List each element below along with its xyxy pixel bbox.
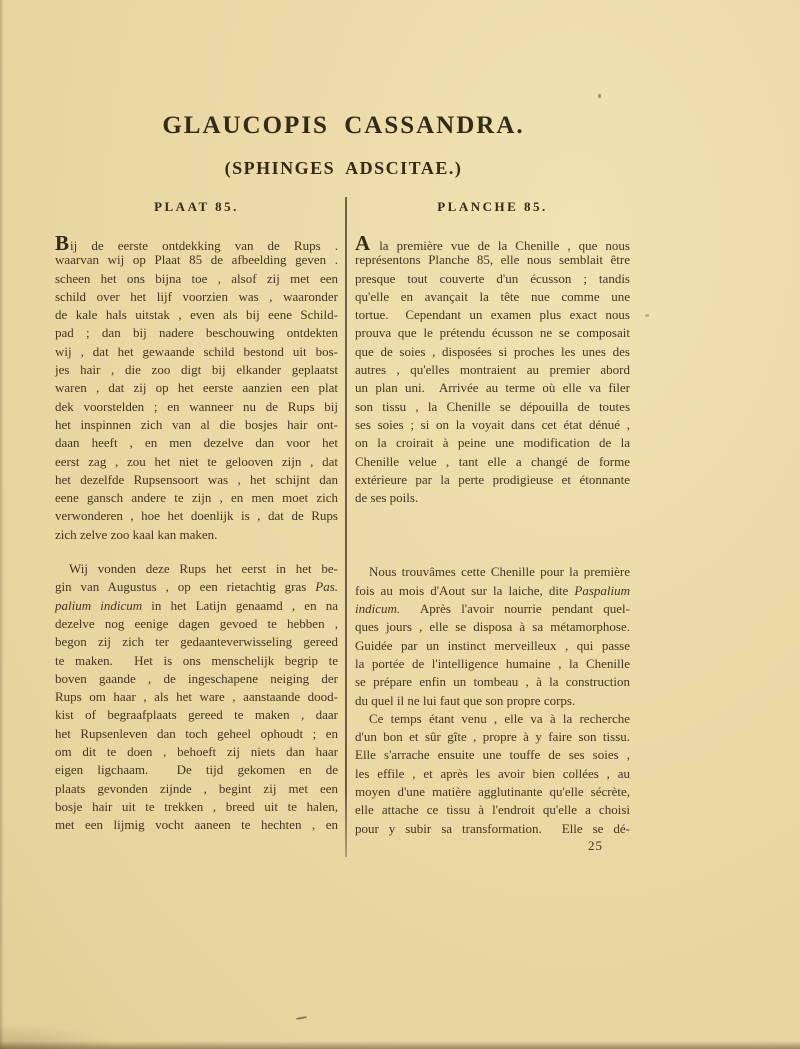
text-line: la portée de l'intelligence humaine , la… <box>355 655 630 673</box>
text-line: de kale hals uitstak , even als bij eene… <box>55 306 338 324</box>
text-segment: elle attache ce tissu à l'endroit qu'ell… <box>355 802 630 817</box>
column-right-french: PLANCHE 85. A la première vue de la Chen… <box>355 200 630 855</box>
text-line: met een lijmig vocht aaneen te hechten ,… <box>55 816 338 834</box>
text-segment: bosje hair uit te trekken , breed uit te… <box>55 799 338 814</box>
text-segment: autres , qu'elles montraient au premier … <box>355 362 630 377</box>
latin-species-name: indicum. <box>355 601 400 616</box>
text-line: waarvan wij op Plaat 85 de afbeelding ge… <box>55 251 338 269</box>
text-line: que de soies , disposées si proches les … <box>355 343 630 361</box>
text-segment: la portée de l'intelligence humaine , la… <box>355 656 630 671</box>
column-header-planche: PLANCHE 85. <box>355 200 630 214</box>
text-segment: pour y subir sa transformation. Elle se … <box>355 821 630 836</box>
text-line: elle attache ce tissu à l'endroit qu'ell… <box>355 801 630 819</box>
page-title: GLAUCOPIS CASSANDRA. <box>55 112 632 140</box>
text-line: gin van Augustus , op een rietachtig gra… <box>55 578 338 596</box>
text-line: qu'elle en avançait la tête nue comme un… <box>355 288 630 306</box>
text-line: fois au mois d'Aout sur la laiche, dite … <box>355 582 630 600</box>
text-line: autres , qu'elles montraient au premier … <box>355 361 630 379</box>
text-line: pad ; dan bij nadere beschouwing ontdekt… <box>55 324 338 342</box>
text-segment: kist of begraafplaats gereed te maken , … <box>55 707 338 722</box>
text-segment: eerst zag , zou het niet te gelooven zij… <box>55 454 338 469</box>
text-segment: boven gaande , de ingeschapene neiging d… <box>55 671 338 686</box>
text-line: Elle s'arrache ensuite une touffe de ses… <box>355 746 630 764</box>
text-line: extérieure par la perte prodigieuse et é… <box>355 471 630 489</box>
text-segment: in het Latijn genaamd , en na <box>142 598 338 613</box>
text-segment: het Rupsenleven dan toch geheel ophoudt … <box>55 726 338 741</box>
text-segment: prouva que le prétendu écusson ne se com… <box>355 325 630 340</box>
text-line: boven gaande , de ingeschapene neiging d… <box>55 670 338 688</box>
text-segment: waarvan wij op Plaat 85 de afbeelding ge… <box>55 252 338 267</box>
paper-edge-shadow-bottom <box>0 1041 800 1049</box>
text-segment: te maken. Het is ons menschelijk begrip … <box>55 653 338 668</box>
text-line: verwonderen , hoe het doenlijk is , dat … <box>55 507 338 525</box>
text-line: schild over het lijf voorzien was , waar… <box>55 288 338 306</box>
text-line: un plan uni. Arrivée au terme où elle va… <box>355 379 630 397</box>
text-segment: het inspinnen zich van al die bosjes hai… <box>55 417 338 432</box>
text-segment: wij , dat het gewaande schild bestond ui… <box>55 344 338 359</box>
paragraph-block: Nous trouvâmes cette Chenille pour la pr… <box>355 563 630 709</box>
text-line: du quel il ne lui faut que son propre co… <box>355 692 630 710</box>
text-line: dek voorstelden ; en wanneer nu de Rups … <box>55 398 338 416</box>
text-segment: représentons Planche 85, elle nous sembl… <box>355 252 630 267</box>
text-segment: waren , dat zij op het eerste aanzien ee… <box>55 380 338 395</box>
text-segment: son tissu , la Chenille se dépouilla de … <box>355 399 630 414</box>
text-segment: eene gansch andere te zijn , en men moet… <box>55 490 338 505</box>
text-line: se prépare enfin un tombeau , à la const… <box>355 673 630 691</box>
text-line: d'un bon et sûr gîte , propre à y faire … <box>355 728 630 746</box>
latin-species-name: Pas. <box>315 579 338 594</box>
text-line: daan heeft , en men dezelve dan voor het <box>55 434 338 452</box>
text-segment: Rups om haar , als het ware , aanstaande… <box>55 689 338 704</box>
paragraph-block: Bij de eerste ontdekking van de Rups .wa… <box>55 233 338 544</box>
text-segment: ques jours , elle se disposa à sa métamo… <box>355 619 630 634</box>
text-segment: eigen ligchaam. De tijd gekomen en de <box>55 762 338 777</box>
text-segment: d'un bon et sûr gîte , propre à y faire … <box>355 729 630 744</box>
text-segment: Chenille velue , tant elle a changé de f… <box>355 454 630 469</box>
text-line: Wij vonden deze Rups het eerst in het be… <box>55 560 338 578</box>
text-segment: on la croirait à peine une modification … <box>355 435 630 450</box>
text-line: plaats gevonden zijnde , begint zij met … <box>55 780 338 798</box>
text-line: eigen ligchaam. De tijd gekomen en de <box>55 761 338 779</box>
text-line: Rups om haar , als het ware , aanstaande… <box>55 688 338 706</box>
text-line: te maken. Het is ons menschelijk begrip … <box>55 652 338 670</box>
text-segment: gin van Augustus , op een rietachtig gra… <box>55 579 315 594</box>
smudge-mark <box>296 1016 307 1020</box>
column-header-plaat: PLAAT 85. <box>55 200 338 214</box>
text-segment: om dit te doen , behoeft zij niets dan h… <box>55 744 338 759</box>
text-segment: scheen het ons bijna toe , alsof zij met… <box>55 271 338 286</box>
book-page: GLAUCOPIS CASSANDRA. (SPHINGES ADSCITAE.… <box>0 0 800 1049</box>
text-segment: schild over het lijf voorzien was , waar… <box>55 289 338 304</box>
text-line: prouva que le prétendu écusson ne se com… <box>355 324 630 342</box>
text-line: het inspinnen zich van al die bosjes hai… <box>55 416 338 434</box>
text-line: indicum. Après l'avoir nourrie pendant q… <box>355 600 630 618</box>
text-line: Guidée par un instinct merveilleux , qui… <box>355 637 630 655</box>
text-segment: ses soies ; si on la voyait dans cet éta… <box>355 417 630 432</box>
text-segment: daan heeft , en men dezelve dan voor het <box>55 435 338 450</box>
text-segment: verwonderen , hoe het doenlijk is , dat … <box>55 508 338 523</box>
text-line: on la croirait à peine une modification … <box>355 434 630 452</box>
text-line: les effile , et après les avoir bien col… <box>355 765 630 783</box>
text-line: ses soies ; si on la voyait dans cet éta… <box>355 416 630 434</box>
text-segment: presque tout couverte d'un écusson ; tan… <box>355 271 630 286</box>
text-segment: met een lijmig vocht aaneen te hechten ,… <box>55 817 338 832</box>
text-line: eene gansch andere te zijn , en men moet… <box>55 489 338 507</box>
text-segment: tortue. Cependant un examen plus exact n… <box>355 307 630 322</box>
paper-edge-shadow-left <box>0 0 4 1049</box>
text-line: ques jours , elle se disposa à sa métamo… <box>355 618 630 636</box>
page-number: 25 <box>355 837 630 855</box>
text-segment: que de soies , disposées si proches les … <box>355 344 630 359</box>
text-line: tortue. Cependant un examen plus exact n… <box>355 306 630 324</box>
text-line: om dit te doen , behoeft zij niets dan h… <box>55 743 338 761</box>
page-subtitle: (SPHINGES ADSCITAE.) <box>55 158 632 179</box>
text-segment: se prépare enfin un tombeau , à la const… <box>355 674 630 689</box>
text-segment: de kale hals uitstak , even als bij eene… <box>55 307 338 322</box>
text-line: dezelve nog eenige dagen gevoed te hebbe… <box>55 615 338 633</box>
text-line: son tissu , la Chenille se dépouilla de … <box>355 398 630 416</box>
text-line: A la première vue de la Chenille , que n… <box>355 233 630 251</box>
text-segment: begon zij zich ter gedaanteverwisseling … <box>55 634 338 649</box>
text-line: kist of begraafplaats gereed te maken , … <box>55 706 338 724</box>
latin-species-name: palium indicum <box>55 598 142 613</box>
text-line: eerst zag , zou het niet te gelooven zij… <box>55 453 338 471</box>
text-line: begon zij zich ter gedaanteverwisseling … <box>55 633 338 651</box>
text-segment: plaats gevonden zijnde , begint zij met … <box>55 781 338 796</box>
column-left-text: Bij de eerste ontdekking van de Rups .wa… <box>55 233 338 835</box>
text-segment: du quel il ne lui faut que son propre co… <box>355 693 575 708</box>
text-segment: het dezelfde Rupsensoort was , het schij… <box>55 472 338 487</box>
text-line: wij , dat het gewaande schild bestond ui… <box>55 343 338 361</box>
text-segment: zich zelve zoo kaal kan maken. <box>55 527 217 542</box>
text-line: het dezelfde Rupsensoort was , het schij… <box>55 471 338 489</box>
latin-species-name: Paspalium <box>574 583 630 598</box>
text-segment: jes hair , die zoo digt bij elkander gep… <box>55 362 338 377</box>
column-right-text: A la première vue de la Chenille , que n… <box>355 233 630 838</box>
text-line: Ce temps étant venu , elle va à la reche… <box>355 710 630 728</box>
text-line: het Rupsenleven dan toch geheel ophoudt … <box>55 725 338 743</box>
paragraph-block: A la première vue de la Chenille , que n… <box>355 233 630 507</box>
text-segment: de ses poils. <box>355 490 418 505</box>
text-segment: Ce temps étant venu , elle va à la reche… <box>369 711 630 726</box>
text-segment: qu'elle en avançait la tête nue comme un… <box>355 289 630 304</box>
text-line: de ses poils. <box>355 489 630 507</box>
text-line: waren , dat zij op het eerste aanzien ee… <box>55 379 338 397</box>
text-segment: extérieure par la perte prodigieuse et é… <box>355 472 630 487</box>
text-line: jes hair , die zoo digt bij elkander gep… <box>55 361 338 379</box>
text-segment: Wij vonden deze Rups het eerst in het be… <box>69 561 338 576</box>
text-segment: dezelve nog eenige dagen gevoed te hebbe… <box>55 616 338 631</box>
text-segment: Après l'avoir nourrie pendant quel- <box>400 601 630 616</box>
text-segment: Nous trouvâmes cette Chenille pour la pr… <box>369 564 630 579</box>
text-line: zich zelve zoo kaal kan maken. <box>55 526 338 544</box>
text-segment: Elle s'arrache ensuite une touffe de ses… <box>355 747 630 762</box>
column-divider-rule <box>345 197 347 857</box>
paper-edge-shadow-corner <box>0 1023 120 1049</box>
text-segment: Guidée par un instinct merveilleux , qui… <box>355 638 630 653</box>
text-line: représentons Planche 85, elle nous sembl… <box>355 251 630 269</box>
text-line: pour y subir sa transformation. Elle se … <box>355 820 630 838</box>
text-segment: un plan uni. Arrivée au terme où elle va… <box>355 380 630 395</box>
text-segment: moyen d'une matière agglutinante qu'elle… <box>355 784 630 799</box>
text-line: Bij de eerste ontdekking van de Rups . <box>55 233 338 251</box>
text-line: scheen het ons bijna toe , alsof zij met… <box>55 270 338 288</box>
column-left-dutch: PLAAT 85. Bij de eerste ontdekking van d… <box>55 200 338 835</box>
text-line: Nous trouvâmes cette Chenille pour la pr… <box>355 563 630 581</box>
text-segment: fois au mois d'Aout sur la laiche, dite <box>355 583 574 598</box>
smudge-mark <box>598 94 601 98</box>
smudge-mark <box>645 314 649 317</box>
text-line: Chenille velue , tant elle a changé de f… <box>355 453 630 471</box>
text-line: bosje hair uit te trekken , breed uit te… <box>55 798 338 816</box>
text-line: palium indicum in het Latijn genaamd , e… <box>55 597 338 615</box>
text-line: moyen d'une matière agglutinante qu'elle… <box>355 783 630 801</box>
text-segment: pad ; dan bij nadere beschouwing ontdekt… <box>55 325 338 340</box>
text-line: presque tout couverte d'un écusson ; tan… <box>355 270 630 288</box>
text-segment: les effile , et après les avoir bien col… <box>355 766 630 781</box>
paragraph-block: Ce temps étant venu , elle va à la reche… <box>355 710 630 838</box>
paragraph-block: Wij vonden deze Rups het eerst in het be… <box>55 560 338 834</box>
text-segment: dek voorstelden ; en wanneer nu de Rups … <box>55 399 338 414</box>
